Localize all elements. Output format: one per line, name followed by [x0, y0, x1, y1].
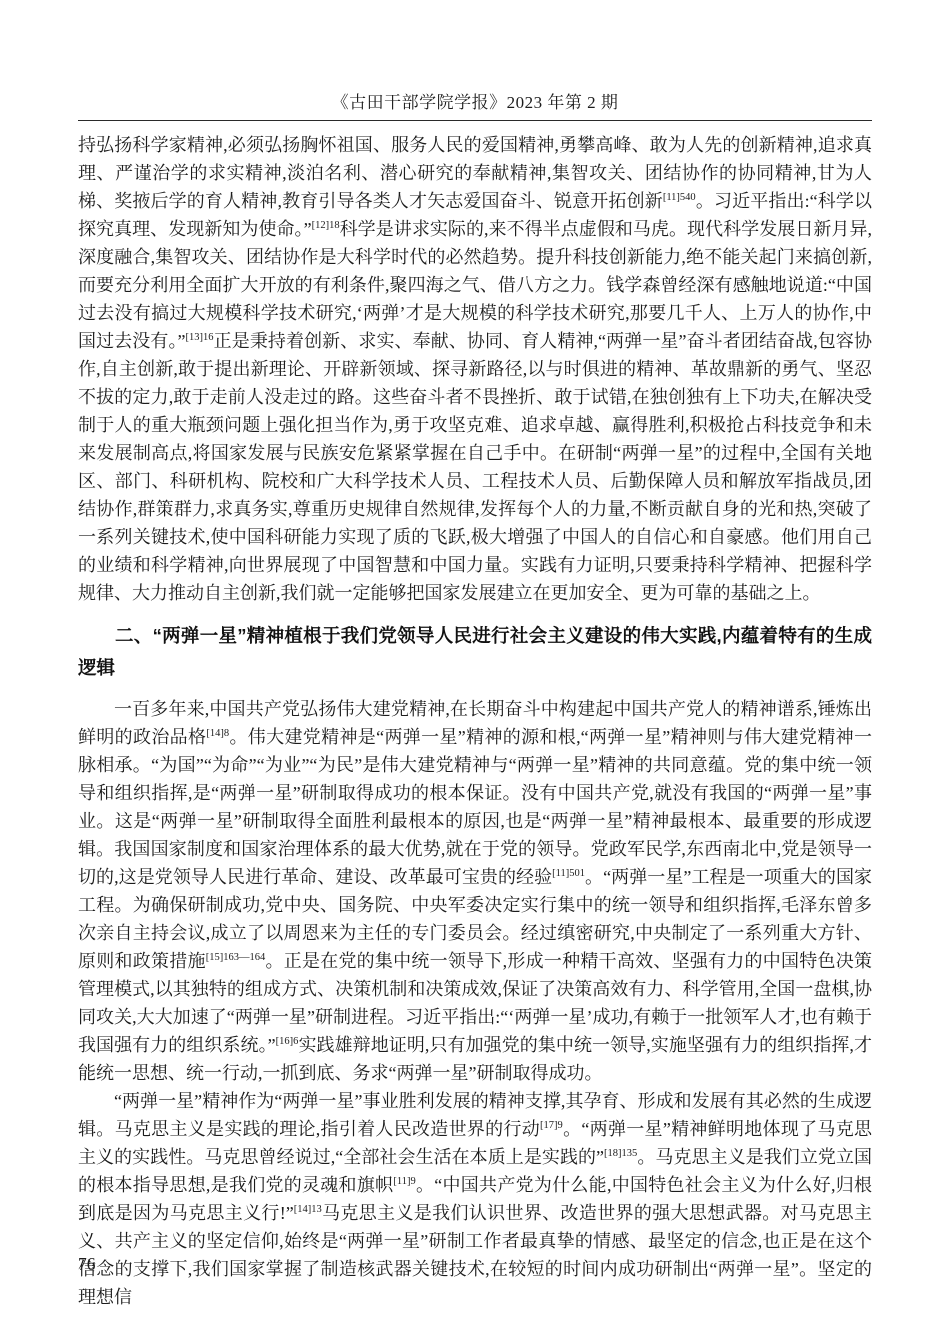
citation-superscript: [16]6: [276, 1036, 299, 1047]
journal-page: 《古田干部学院学报》2023 年第 2 期 持弘扬科学家精神,必须弘扬胸怀祖国、…: [0, 0, 950, 1344]
citation-superscript: [11]501: [552, 868, 585, 879]
header-divider: [78, 120, 872, 121]
citation-superscript: [14]13: [294, 1204, 322, 1215]
citation-superscript: [15]163—164: [206, 952, 266, 963]
citation-superscript: [11]540: [663, 192, 696, 203]
citation-superscript: [13]16: [186, 332, 214, 343]
citation-superscript: [12]18: [312, 220, 340, 231]
text-run: 二、“两弹一星”精神植根于我们党领导人民进行社会主义建设的伟大实践,内蕴着特有的…: [78, 625, 872, 678]
citation-superscript: [17]9: [540, 1120, 563, 1131]
body-paragraph: 持弘扬科学家精神,必须弘扬胸怀祖国、服务人民的爱国精神,勇攀高峰、敢为人先的创新…: [78, 131, 872, 607]
page-number: 76: [78, 1254, 96, 1275]
body-paragraph: “两弹一星”精神作为“两弹一星”事业胜利发展的精神支撑,其孕育、形成和发展有其必…: [78, 1087, 872, 1311]
body-paragraph: 一百多年来,中国共产党弘扬伟大建党精神,在长期奋斗中构建起中国共产党人的精神谱系…: [78, 695, 872, 1087]
citation-superscript: [14]8: [206, 728, 229, 739]
running-head: 《古田干部学院学报》2023 年第 2 期: [78, 88, 872, 113]
article-body: 持弘扬科学家精神,必须弘扬胸怀祖国、服务人民的爱国精神,勇攀高峰、敢为人先的创新…: [78, 131, 872, 1311]
text-run: 正是秉持着创新、求实、奉献、协同、育人精神,“两弹一星”奋斗者团结奋战,包容协作…: [78, 331, 872, 603]
citation-superscript: [11]9: [393, 1176, 415, 1187]
text-run: 。伟大建党精神是“两弹一星”精神的源和根,“两弹一星”精神则与伟大建党精神一脉相…: [78, 727, 872, 887]
citation-superscript: [18]135: [604, 1148, 637, 1159]
section-heading: 二、“两弹一星”精神植根于我们党领导人民进行社会主义建设的伟大实践,内蕴着特有的…: [78, 620, 872, 684]
